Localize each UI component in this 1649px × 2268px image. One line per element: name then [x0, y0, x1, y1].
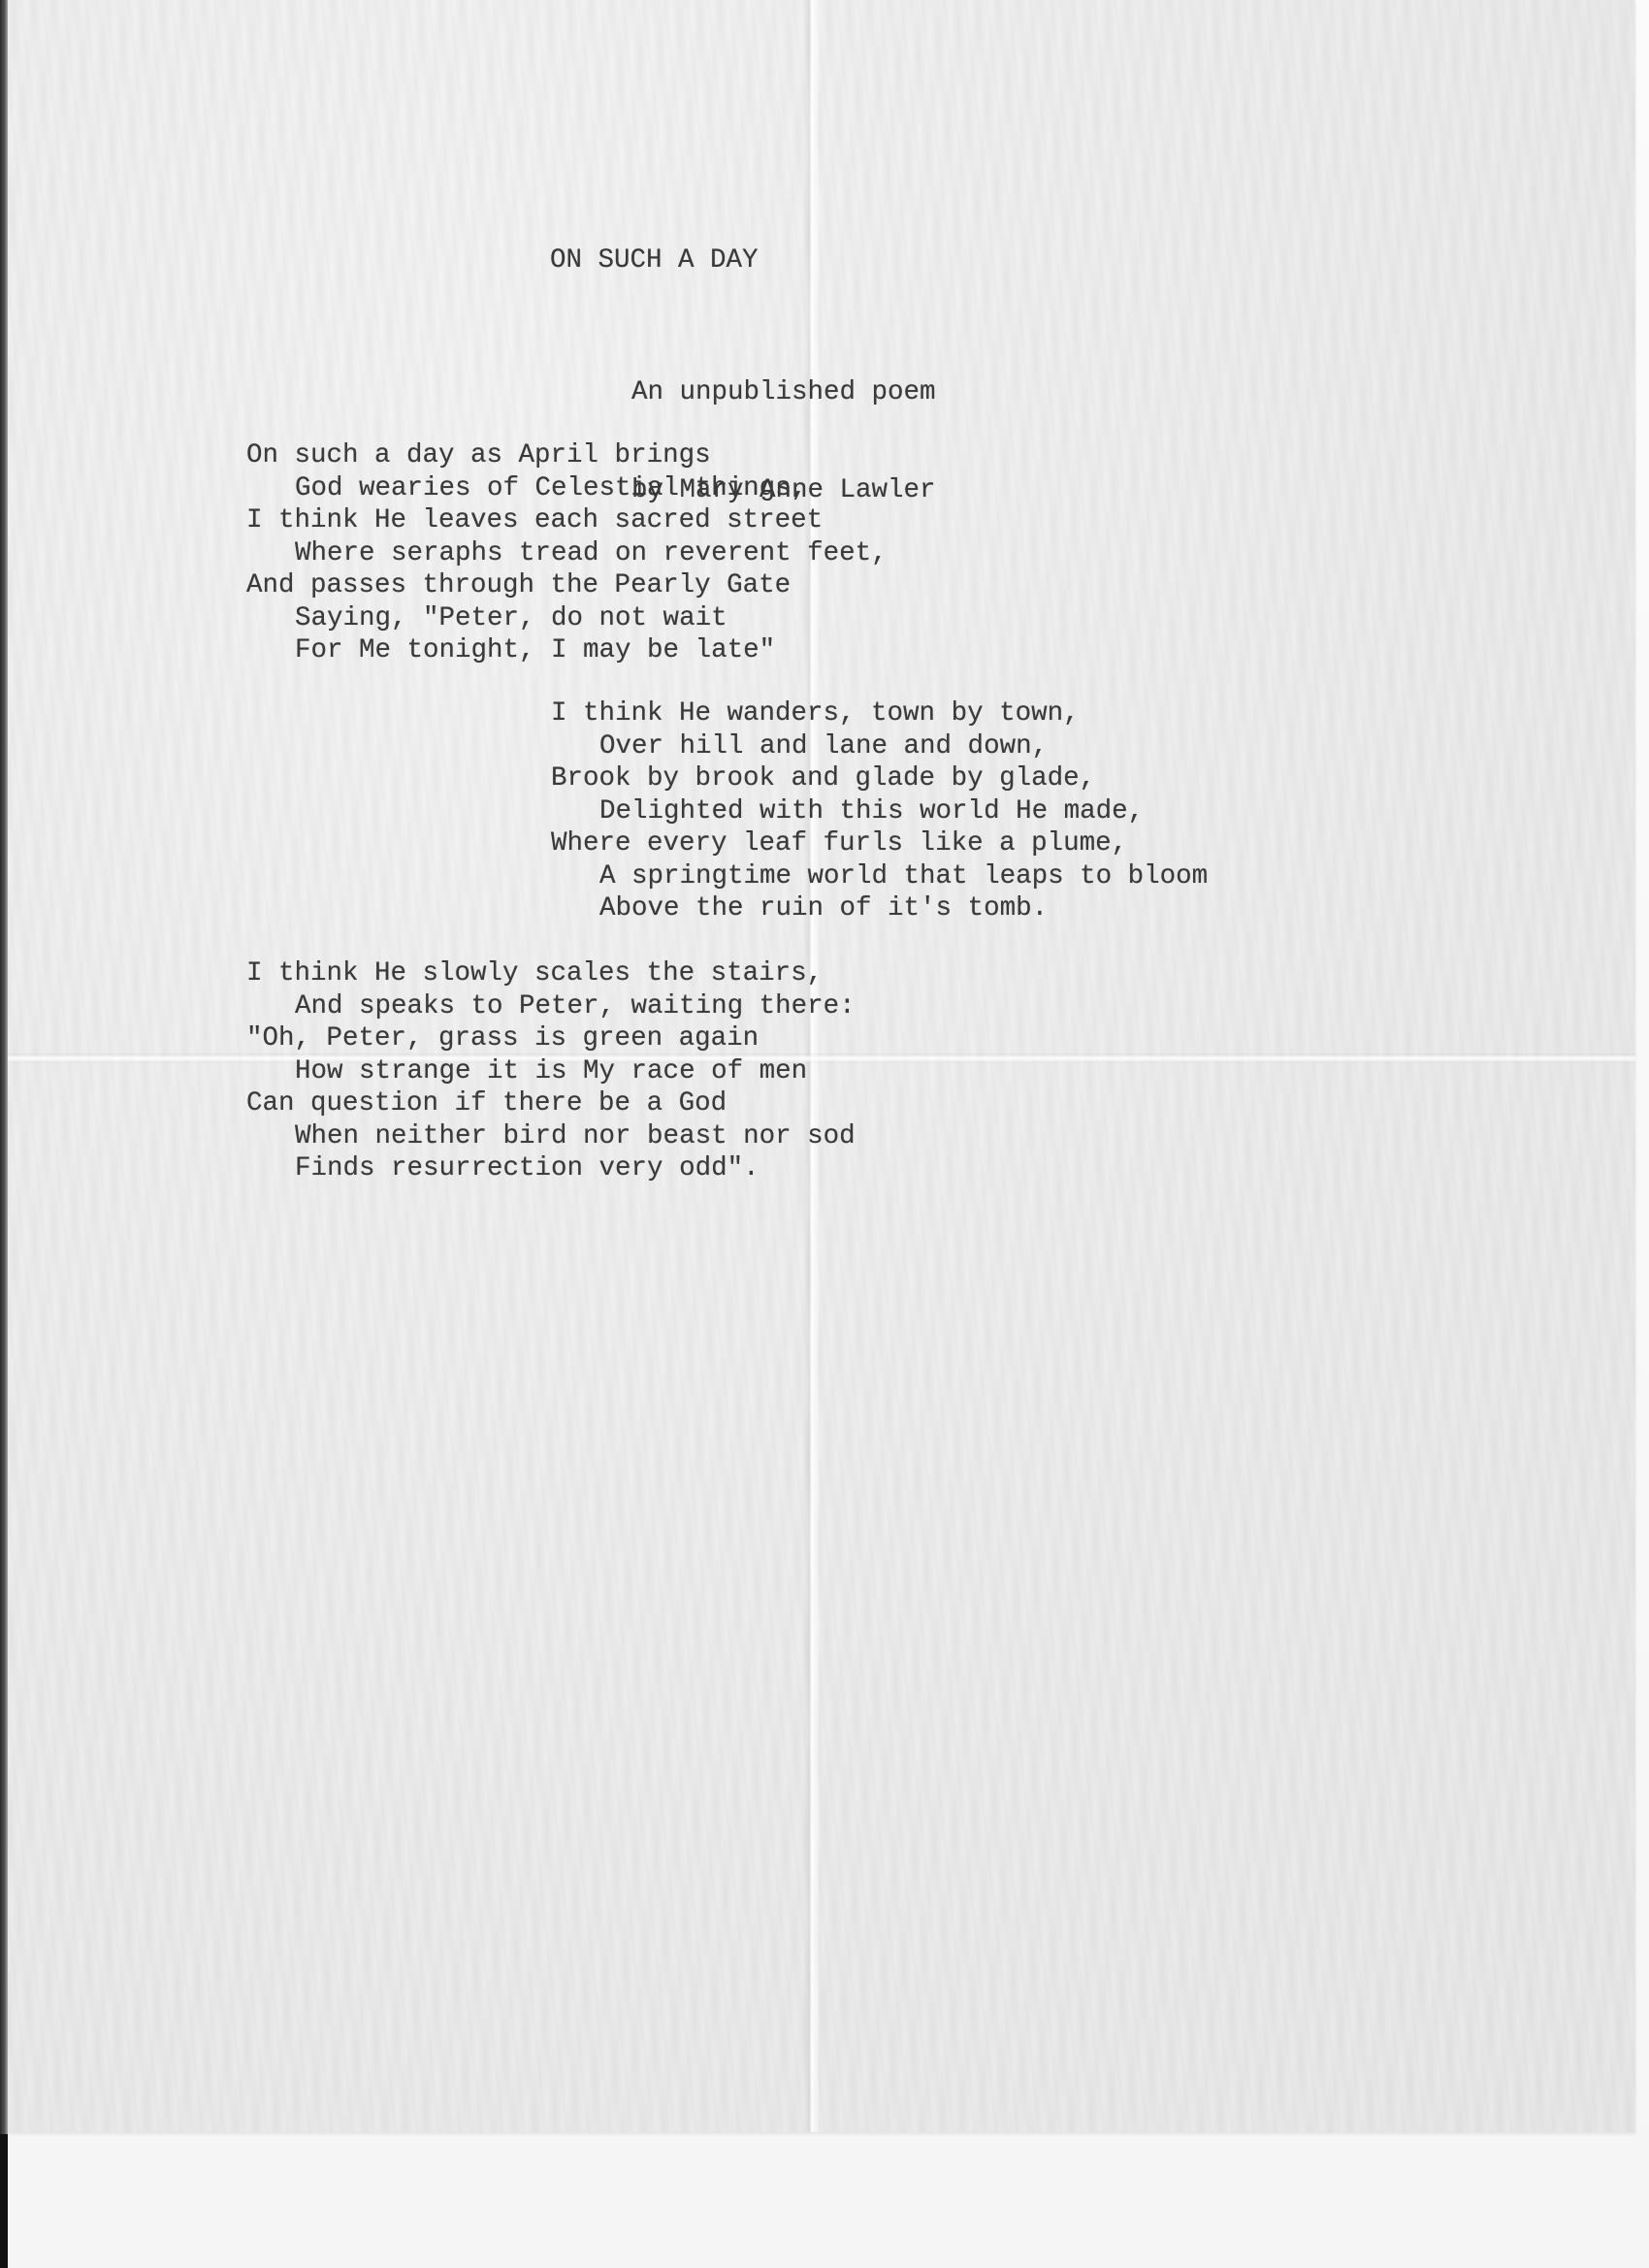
poem-line: Saying, "Peter, do not wait	[246, 602, 888, 635]
poem-line: Where seraphs tread on reverent feet,	[246, 537, 888, 570]
scan-left-edge	[0, 0, 8, 2268]
poem-line: "Oh, Peter, grass is green again	[246, 1022, 856, 1055]
poem-line: When neither bird nor beast nor sod	[246, 1120, 856, 1153]
poem-line: I think He wanders, town by town,	[551, 697, 1208, 730]
subtitle-line: An unpublished poem	[631, 376, 936, 409]
poem-line: I think He leaves each sacred street	[246, 504, 888, 537]
poem-line: How strange it is My race of men	[246, 1055, 856, 1088]
stanza-1: On such a day as April bringsGod wearies…	[246, 439, 888, 667]
scan-left-edge-shadow	[0, 2134, 8, 2268]
poem-line: Delighted with this world He made,	[551, 795, 1208, 828]
poem-line: A springtime world that leaps to bloom	[551, 860, 1208, 893]
poem-line: For Me tonight, I may be late"	[246, 634, 888, 667]
poem-line: Can question if there be a God	[246, 1087, 856, 1120]
poem-line: On such a day as April brings	[246, 439, 888, 472]
poem-line: Where every leaf furls like a plume,	[551, 827, 1208, 860]
poem-line: And passes through the Pearly Gate	[246, 569, 888, 602]
poem-title: ON SUCH A DAY	[550, 244, 759, 277]
poem-line: And speaks to Peter, waiting there:	[246, 990, 856, 1023]
stanza-3: I think He slowly scales the stairs,And …	[246, 957, 856, 1185]
poem-line: I think He slowly scales the stairs,	[246, 957, 856, 990]
poem-line: Above the ruin of it's tomb.	[551, 892, 1208, 925]
poem-line: Finds resurrection very odd".	[246, 1152, 856, 1185]
poem-line: God wearies of Celestial things,	[246, 472, 888, 505]
poem-line: Over hill and lane and down,	[551, 730, 1208, 763]
poem-line: Brook by brook and glade by glade,	[551, 762, 1208, 795]
stanza-2: I think He wanders, town by town,Over hi…	[551, 697, 1208, 925]
